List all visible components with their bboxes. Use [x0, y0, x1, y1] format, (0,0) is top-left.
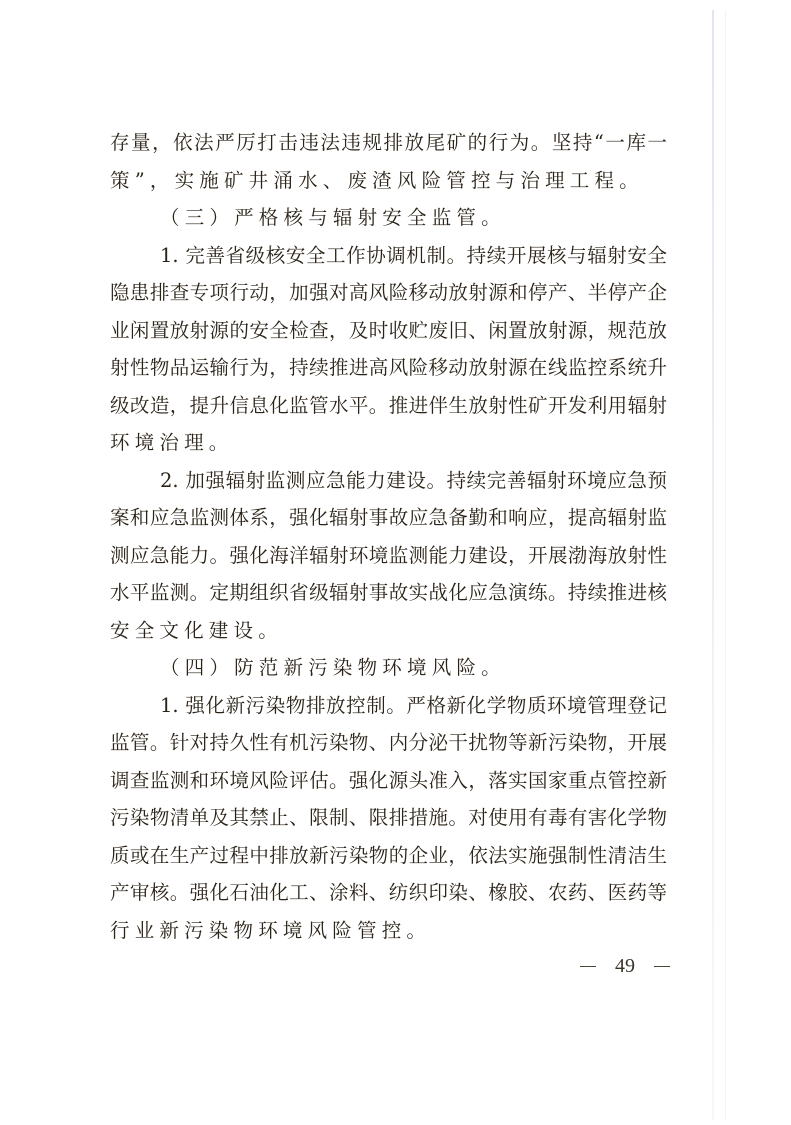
page-number: 49 — [580, 952, 670, 980]
text-line: 射性物品运输行为，持续推进高风险移动放射源在线监控系统升 — [110, 349, 667, 387]
page-number-value: 49 — [615, 952, 635, 980]
section-heading: （三）严格核与辐射安全监管。 — [110, 199, 667, 237]
text-line: 隐患排查专项行动，加强对高风险移动放射源和停产、半停产企 — [110, 274, 667, 312]
text-line: 污染物清单及其禁止、限制、限排措施。对使用有毒有害化学物 — [110, 799, 667, 837]
scan-edge-artifact — [712, 10, 714, 1120]
scan-edge-artifact-secondary — [725, 10, 726, 1120]
dash-left — [580, 966, 596, 967]
text-line: 安全文化建设。 — [110, 612, 667, 650]
section-heading: （四）防范新污染物环境风险。 — [110, 649, 667, 687]
dash-right — [654, 966, 670, 967]
text-line: 质或在生产过程中排放新污染物的企业，依法实施强制性清洁生 — [110, 837, 667, 875]
text-line: 行业新污染物环境风险管控。 — [110, 912, 667, 950]
text-line: 1. 完善省级核安全工作协调机制。持续开展核与辐射安全 — [110, 237, 667, 275]
text-line: 级改造，提升信息化监管水平。推进伴生放射性矿开发利用辐射 — [110, 387, 667, 425]
text-line: 产审核。强化石油化工、涂料、纺织印染、橡胶、农药、医药等 — [110, 874, 667, 912]
text-line: 监管。针对持久性有机污染物、内分泌干扰物等新污染物，开展 — [110, 724, 667, 762]
text-line: 调查监测和环境风险评估。强化源头准入，落实国家重点管控新 — [110, 762, 667, 800]
document-body: 存量，依法严厉打击违法违规排放尾矿的行为。坚持“一库一 策”，实施矿井涌水、废渣… — [110, 124, 667, 949]
text-line: 水平监测。定期组织省级辐射事故实战化应急演练。持续推进核 — [110, 574, 667, 612]
text-line: 2. 加强辐射监测应急能力建设。持续完善辐射环境应急预 — [110, 462, 667, 500]
text-line: 1. 强化新污染物排放控制。严格新化学物质环境管理登记 — [110, 687, 667, 725]
text-line: 业闲置放射源的安全检查，及时收贮废旧、闲置放射源，规范放 — [110, 312, 667, 350]
text-line: 环境治理。 — [110, 424, 667, 462]
text-line: 存量，依法严厉打击违法违规排放尾矿的行为。坚持“一库一 — [110, 124, 667, 162]
text-line: 策”，实施矿井涌水、废渣风险管控与治理工程。 — [110, 162, 667, 200]
text-line: 测应急能力。强化海洋辐射环境监测能力建设，开展渤海放射性 — [110, 537, 667, 575]
text-line: 案和应急监测体系，强化辐射事故应急备勤和响应，提高辐射监 — [110, 499, 667, 537]
